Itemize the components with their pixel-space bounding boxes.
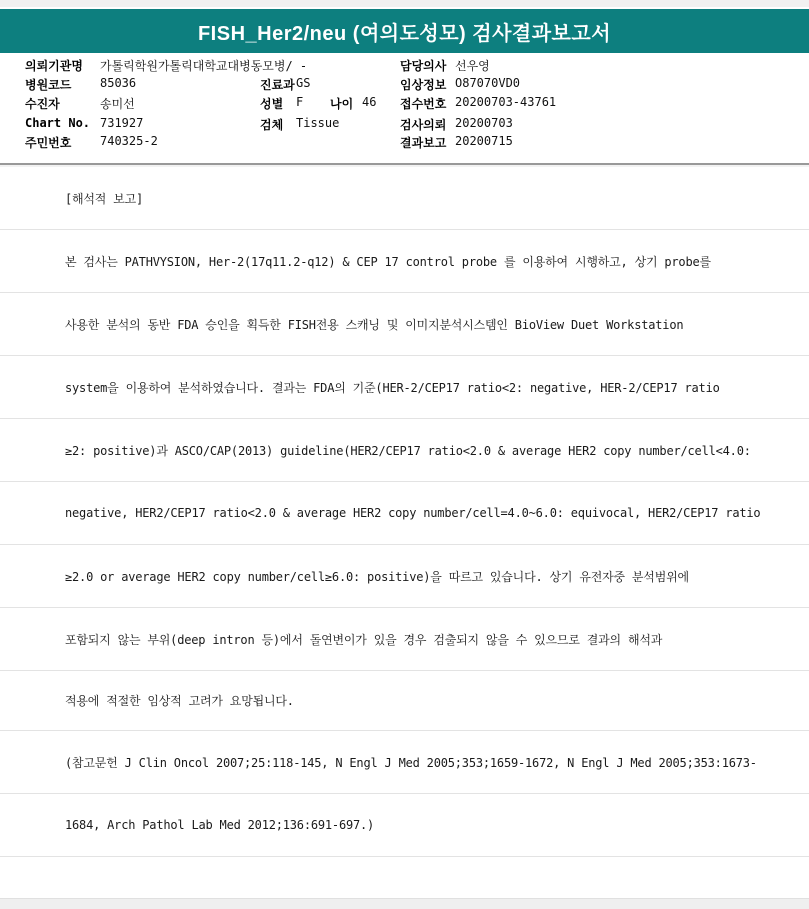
bottom-margin-strip xyxy=(0,898,809,909)
report-line: 적용에 적절한 임상적 고려가 요망됩니다. xyxy=(0,671,809,731)
field-value-resident-id: 740325-2 xyxy=(100,134,158,148)
report-line-text: ≥2.0 or average HER2 copy number/cell≥6.… xyxy=(65,568,689,585)
field-value-request-date: 20200703 xyxy=(455,116,513,130)
report-line-text: 1684, Arch Pathol Lab Med 2012;136:691-6… xyxy=(65,818,374,832)
report-line-text: 사용한 분석의 동반 FDA 승인을 획득한 FISH전용 스캐닝 및 이미지분… xyxy=(65,316,683,333)
report-line-text: ≥2: positive)과 ASCO/CAP(2013) guideline(… xyxy=(65,442,751,459)
field-label-accession-no: 접수번호 xyxy=(400,95,446,112)
field-value-chart-no: 731927 xyxy=(100,116,143,130)
field-label-clinical-info: 임상정보 xyxy=(400,76,446,93)
report-line: 본 검사는 PATHVYSION, Her-2(17q11.2-q12) & C… xyxy=(0,230,809,293)
field-label-department: 진료과 xyxy=(260,76,295,93)
report-line-text: system을 이용하여 분석하였습니다. 결과는 FDA의 기준(HER-2/… xyxy=(65,379,720,396)
patient-info-panel: 의뢰기관명 가톨릭학원가톨릭대학교대병동모병/ - 병원코드 85036 수진자… xyxy=(0,53,809,165)
top-margin-strip xyxy=(0,0,809,9)
field-value-doctor: 선우영 xyxy=(455,57,490,74)
report-line: 1684, Arch Pathol Lab Med 2012;136:691-6… xyxy=(0,794,809,857)
field-label-patient-name: 수진자 xyxy=(25,95,60,112)
report-line: system을 이용하여 분석하였습니다. 결과는 FDA의 기준(HER-2/… xyxy=(0,356,809,419)
report-line-text: [해석적 보고] xyxy=(65,190,143,207)
field-label-age: 나이 xyxy=(330,95,353,112)
field-value-report-date: 20200715 xyxy=(455,134,513,148)
report-title-bar: FISH_Her2/neu (여의도성모) 검사결과보고서 xyxy=(0,9,809,53)
field-value-specimen: Tissue xyxy=(296,116,339,130)
field-value-clinical-info: O87070VD0 xyxy=(455,76,520,90)
footer-spacer xyxy=(0,857,809,898)
field-value-institution: 가톨릭학원가톨릭대학교대병동모병/ - xyxy=(100,57,307,74)
field-label-doctor: 담당의사 xyxy=(400,57,446,74)
field-label-hospital-code: 병원코드 xyxy=(25,76,71,93)
report-line: negative, HER2/CEP17 ratio<2.0 & average… xyxy=(0,482,809,545)
report-line: 포함되지 않는 부위(deep intron 등)에서 돌연변이가 있을 경우 … xyxy=(0,608,809,671)
field-label-request-date: 검사의뢰 xyxy=(400,116,446,133)
field-value-hospital-code: 85036 xyxy=(100,76,136,90)
field-label-institution: 의뢰기관명 xyxy=(25,57,83,74)
field-value-age: 46 xyxy=(362,95,376,109)
field-value-sex: F xyxy=(296,95,303,109)
field-label-specimen: 검체 xyxy=(260,116,283,133)
interpretive-report-body: [해석적 보고] 본 검사는 PATHVYSION, Her-2(17q11.2… xyxy=(0,167,809,857)
report-line-text: 적용에 적절한 임상적 고려가 요망됩니다. xyxy=(65,692,294,709)
report-line: ≥2.0 or average HER2 copy number/cell≥6.… xyxy=(0,545,809,608)
field-label-report-date: 결과보고 xyxy=(400,134,446,151)
report-line: 사용한 분석의 동반 FDA 승인을 획득한 FISH전용 스캐닝 및 이미지분… xyxy=(0,293,809,356)
report-line-text: (참고문헌 J Clin Oncol 2007;25:118-145, N En… xyxy=(65,754,757,771)
report-title: FISH_Her2/neu (여의도성모) 검사결과보고서 xyxy=(198,17,611,46)
field-value-department: GS xyxy=(296,76,310,90)
report-line: (참고문헌 J Clin Oncol 2007;25:118-145, N En… xyxy=(0,731,809,794)
field-value-accession-no: 20200703-43761 xyxy=(455,95,556,109)
field-label-resident-id: 주민번호 xyxy=(25,134,71,151)
field-label-chart-no: Chart No. xyxy=(25,116,90,130)
report-line-text: 본 검사는 PATHVYSION, Her-2(17q11.2-q12) & C… xyxy=(65,253,711,270)
report-line-text: negative, HER2/CEP17 ratio<2.0 & average… xyxy=(65,506,760,520)
report-line: ≥2: positive)과 ASCO/CAP(2013) guideline(… xyxy=(0,419,809,482)
field-value-patient-name: 송미선 xyxy=(100,95,135,112)
report-line-text: 포함되지 않는 부위(deep intron 등)에서 돌연변이가 있을 경우 … xyxy=(65,631,662,648)
field-label-sex: 성별 xyxy=(260,95,283,112)
report-line: [해석적 보고] xyxy=(0,167,809,230)
